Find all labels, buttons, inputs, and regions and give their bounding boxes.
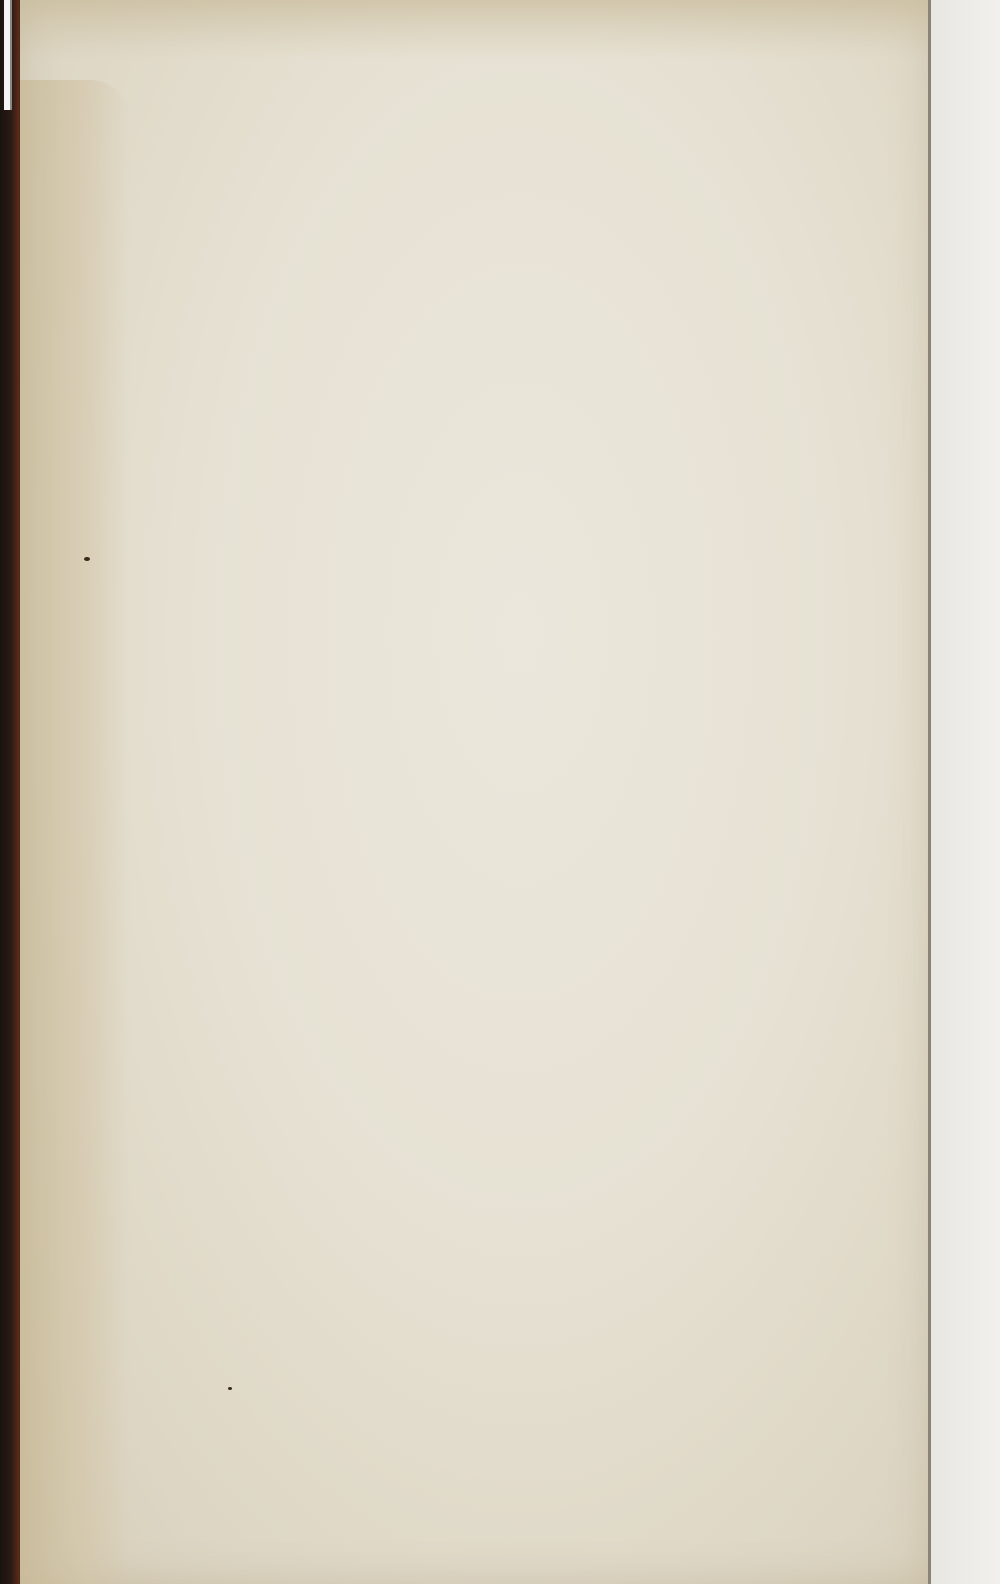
paper-speck <box>84 557 90 561</box>
adjacent-page <box>931 0 1000 1584</box>
book-spine <box>0 0 22 1584</box>
paper-speck <box>228 1387 232 1390</box>
water-stain-left <box>20 80 130 1584</box>
water-stain-top <box>20 0 930 60</box>
blank-page <box>20 0 930 1584</box>
